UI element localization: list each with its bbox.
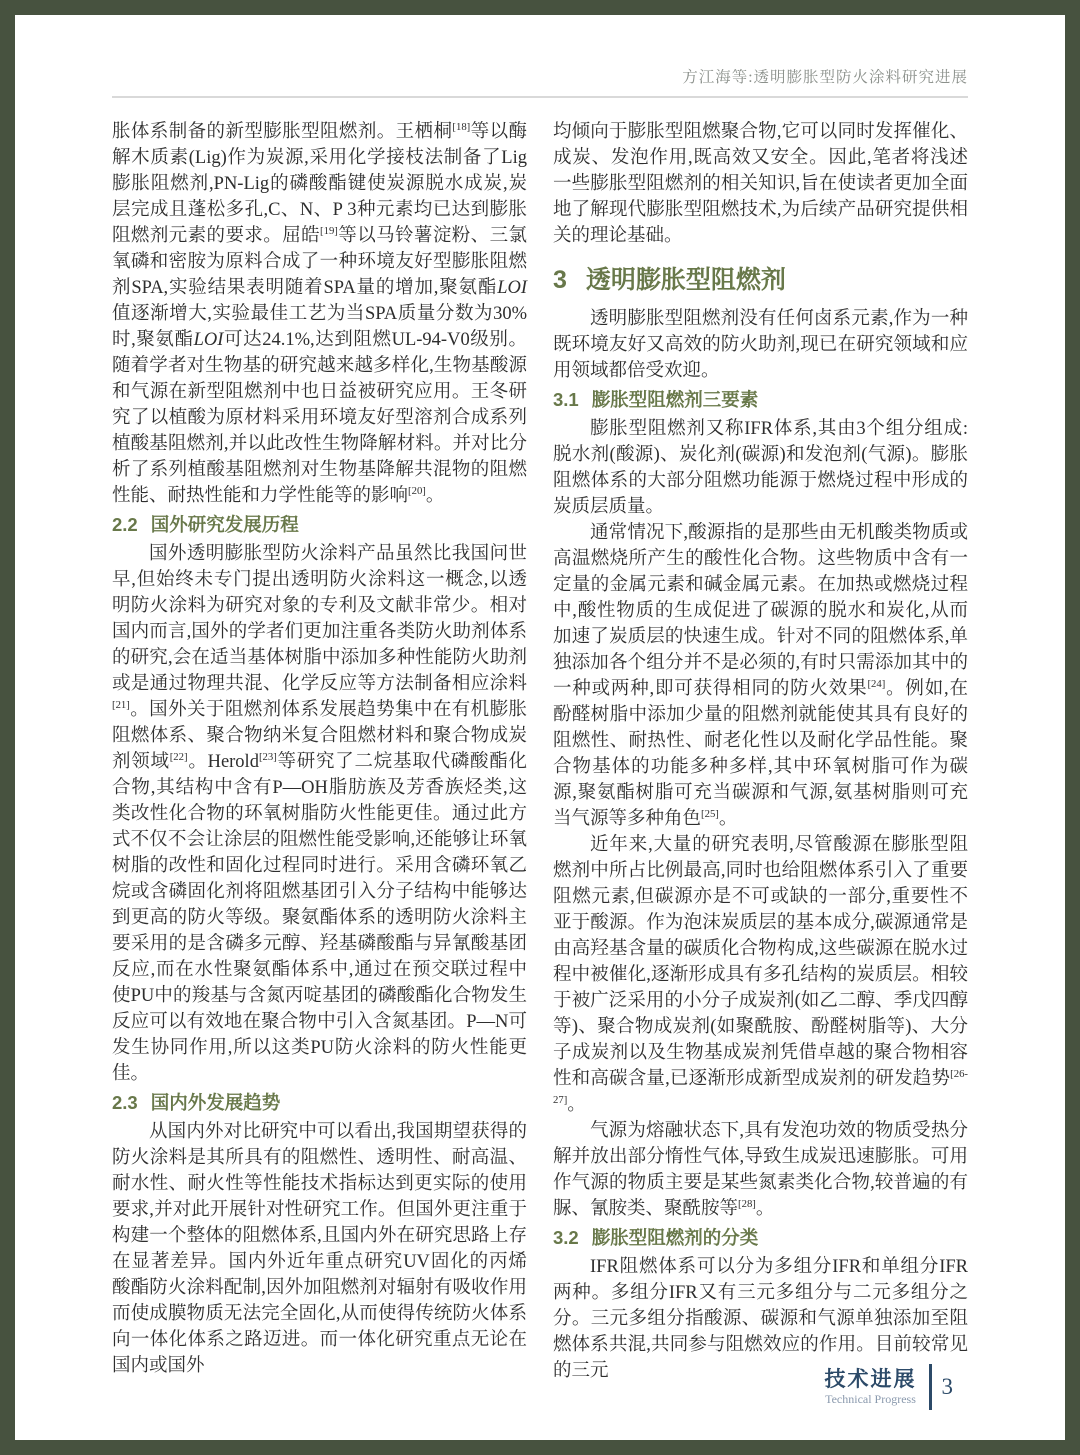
footer-section-cn: 技术进展 bbox=[825, 1368, 917, 1392]
running-title: 方江海等:透明膨胀型防火涂料研究进展 bbox=[112, 65, 968, 87]
page-content: 方江海等:透明膨胀型防火涂料研究进展 胀体系制备的新型膨胀型阻燃剂。王栖桐[18… bbox=[112, 65, 968, 1384]
section-heading-3-1: 3.1膨胀型阻燃剂三要素 bbox=[553, 387, 968, 413]
footer-section-en: Technical Progress bbox=[825, 1392, 917, 1407]
page-number: 3 bbox=[942, 1374, 954, 1400]
paragraph: 从国内外对比研究中可以看出,我国期望获得的防火涂料是其所具有的阻燃性、透明性、耐… bbox=[112, 1119, 527, 1379]
paragraph: 通常情况下,酸源指的是那些由无机酸类物质或高温燃烧所产生的酸性化合物。这些物质中… bbox=[553, 520, 968, 832]
section-number: 2.2 bbox=[112, 514, 138, 535]
section-title: 透明膨胀型阻燃剂 bbox=[586, 266, 786, 294]
header-rule bbox=[112, 96, 968, 98]
section-heading-3: 3透明膨胀型阻燃剂 bbox=[553, 265, 968, 295]
section-heading-2-2: 2.2国外研究发展历程 bbox=[112, 512, 527, 538]
page: 方江海等:透明膨胀型防火涂料研究进展 胀体系制备的新型膨胀型阻燃剂。王栖桐[18… bbox=[0, 0, 1080, 1455]
paragraph: 国外透明膨胀型防火涂料产品虽然比我国问世早,但始终未专门提出透明防火涂料这一概念… bbox=[112, 541, 527, 1087]
section-number: 3.2 bbox=[553, 1227, 579, 1248]
footer-divider bbox=[929, 1364, 932, 1410]
paragraph: 气源为熔融状态下,具有发泡功效的物质受热分解并放出部分惰性气体,导致生成炭迅速膨… bbox=[553, 1118, 968, 1222]
paragraph: 近年来,大量的研究表明,尽管酸源在膨胀型阻燃剂中所占比例最高,同时也给阻燃体系引… bbox=[553, 832, 968, 1118]
section-title: 膨胀型阻燃剂三要素 bbox=[592, 389, 759, 410]
section-title: 国内外发展趋势 bbox=[151, 1092, 281, 1113]
footer-section: 技术进展 Technical Progress bbox=[825, 1368, 917, 1407]
paragraph: 膨胀型阻燃剂又称IFR体系,其由3个组分组成:脱水剂(酸源)、炭化剂(碳源)和发… bbox=[553, 416, 968, 520]
section-heading-2-3: 2.3国内外发展趋势 bbox=[112, 1090, 527, 1116]
section-number: 2.3 bbox=[112, 1092, 138, 1113]
section-title: 国外研究发展历程 bbox=[151, 514, 299, 535]
two-column-layout: 胀体系制备的新型膨胀型阻燃剂。王栖桐[18]等以酶解木质素(Lig)作为炭源,采… bbox=[112, 119, 968, 1384]
right-column: 均倾向于膨胀型阻燃聚合物,它可以同时发挥催化、成炭、发泡作用,既高效又安全。因此… bbox=[553, 119, 968, 1384]
left-column: 胀体系制备的新型膨胀型阻燃剂。王栖桐[18]等以酶解木质素(Lig)作为炭源,采… bbox=[112, 119, 527, 1384]
section-heading-3-2: 3.2膨胀型阻燃剂的分类 bbox=[553, 1225, 968, 1251]
paragraph: 均倾向于膨胀型阻燃聚合物,它可以同时发挥催化、成炭、发泡作用,既高效又安全。因此… bbox=[553, 119, 968, 249]
section-title: 膨胀型阻燃剂的分类 bbox=[592, 1227, 759, 1248]
section-number: 3 bbox=[553, 266, 567, 294]
section-number: 3.1 bbox=[553, 389, 579, 410]
footer: 技术进展 Technical Progress 3 bbox=[825, 1364, 954, 1410]
paragraph: 透明膨胀型阻燃剂没有任何卤系元素,作为一种既环境友好又高效的防火助剂,现已在研究… bbox=[553, 306, 968, 384]
paragraph: 胀体系制备的新型膨胀型阻燃剂。王栖桐[18]等以酶解木质素(Lig)作为炭源,采… bbox=[112, 119, 527, 509]
